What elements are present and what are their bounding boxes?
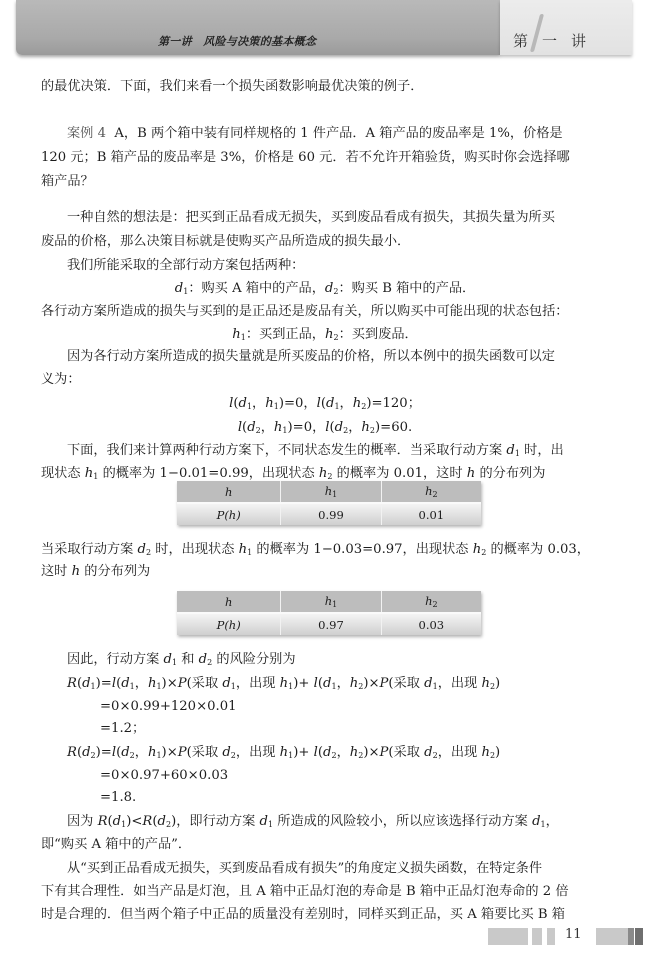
footer-decor-bar: [628, 928, 634, 945]
table-row: P(h) 0.97 0.03: [177, 613, 481, 635]
text: 的分布列为: [84, 564, 150, 579]
state-h1: ：买到正品，: [246, 327, 325, 342]
page-number: 11: [565, 927, 582, 942]
text: 所造成的风险较小，所以应该选择行动方案: [277, 814, 528, 829]
distribution-table-1: h h1 h2 P(h) 0.99 0.01: [177, 481, 481, 525]
table-header-cell: h1: [281, 591, 381, 613]
text: 当采取行动方案: [41, 542, 133, 557]
states-line: h1：买到正品，h2：买到废品．: [0, 325, 650, 348]
table-cell: 0.99: [281, 503, 381, 525]
footer-decor-bar: [547, 928, 555, 945]
footer-decor-bar: [488, 928, 528, 945]
action-d2: ：购买 B 箱中的产品．: [338, 281, 475, 296]
text: 的概率为 1−0.03=0.97，出现状态: [256, 542, 468, 557]
distribution-table-2: h h1 h2 P(h) 0.97 0.03: [177, 591, 481, 635]
action-d1: ：购买 A 箱中的产品，: [188, 281, 325, 296]
table-cell-label: P(h): [177, 613, 281, 635]
paragraph-1-line-1: 一种自然的想法是：把买到正品看成无损失，买到废品看成有损失，其损失量为所买: [67, 208, 637, 228]
table-header-row: h h1 h2: [177, 481, 481, 503]
table-header-cell: h: [177, 481, 281, 503]
text: 现状态: [41, 466, 81, 481]
table-cell: 0.01: [381, 503, 481, 525]
actions-line: d1：购买 A 箱中的产品，d2：购买 B 箱中的产品．: [0, 279, 650, 302]
paragraph-7: 因此，行动方案 d1 和 d2 的风险分别为: [67, 650, 637, 673]
text: 的概率为 0.01，这时: [337, 466, 463, 481]
paragraph-5-line-1: 下面，我们来计算两种行动方案下，不同状态发生的概率．当采取行动方案 d1 时，出: [67, 441, 637, 464]
footer-decor-bar: [635, 928, 643, 945]
text: 因此，行动方案: [67, 652, 159, 667]
text: 的风险分别为: [216, 652, 295, 667]
paragraph-4-line-2: 义为：: [41, 370, 611, 390]
loss-eq-1: l(d1，h1)=0，l(d1，h2)=120；: [0, 394, 650, 417]
paragraph-6-line-2: 这时 h 的分布列为: [41, 562, 611, 582]
table-header-row: h h1 h2: [177, 591, 481, 613]
risk-2-step-2: =0×0.97+60×0.03: [100, 766, 650, 786]
risk-2-formula: R(d2)=l(d2，h1)×P(采取 d2，出现 h1)+ l(d2，h2)×…: [67, 743, 637, 766]
loss-eq-2: l(d2，h1)=0，l(d2，h2)=60.: [0, 418, 650, 441]
table-header-cell: h: [177, 591, 281, 613]
chapter-tab-label: 第一讲: [513, 30, 600, 51]
paragraph-8-line-2: 下有其合理性．如当产品是灯泡，且 A 箱中正品灯泡的寿命是 B 箱中正品灯泡寿命…: [41, 882, 611, 902]
paragraph-8-line-3: 时是合理的．但当两个箱子中正品的质量没有差别时，同样买到正品，买 A 箱要比买 …: [41, 905, 611, 925]
paragraph-1-line-2: 废品的价格，那么决策目标就是使购买产品所造成的损失最小．: [41, 232, 611, 252]
case-text: A，B 两个箱中装有同样规格的 1 件产品．A 箱产品的废品率是 1%，价格是: [114, 126, 562, 141]
table-cell-label: P(h): [177, 503, 281, 525]
footer-decor-bar: [596, 928, 628, 945]
loss-value: 0: [295, 396, 303, 411]
table-row: P(h) 0.99 0.01: [177, 503, 481, 525]
text: ，即行动方案: [176, 814, 255, 829]
risk-1-step-3: =1.2；: [100, 719, 650, 739]
case-line-2: 120 元；B 箱产品的废品率是 3%，价格是 60 元．若不允许开箱验货，购买…: [41, 148, 611, 168]
paragraph-2: 我们所能采取的全部行动方案包括两种：: [67, 256, 637, 276]
text: 的概率为 1−0.01=0.99，出现状态: [103, 466, 315, 481]
text: 下面，我们来计算两种行动方案下，不同状态发生的概率．当采取行动方案: [67, 443, 502, 458]
risk-1-formula: R(d1)=l(d1，h1)×P(采取 d1，出现 h1)+ l(d1，h2)×…: [67, 674, 637, 697]
row-label: P(h): [217, 618, 241, 632]
text: 这时: [41, 564, 67, 579]
text: 和: [181, 652, 194, 667]
risk-1-step-2: =0×0.99+120×0.01: [100, 697, 650, 717]
conclusion-line-2: 即“购买 A 箱中的产品”．: [41, 835, 611, 855]
risk-2-step-3: =1.8.: [100, 788, 650, 808]
table-header-cell: h1: [281, 481, 381, 503]
text: 时，出: [524, 443, 564, 458]
state-h2: ：买到废品．: [339, 327, 418, 342]
text: 时，出现状态: [155, 542, 234, 557]
footer-decor-bar: [532, 928, 542, 945]
paragraph-8-line-1: 从“买到正品看成无损失，买到废品看成有损失”的角度定义损失函数，在特定条件: [67, 859, 637, 879]
conclusion-line-1: 因为 R(d1)<R(d2)，即行动方案 d1 所造成的风险较小，所以应该选择行…: [67, 812, 637, 835]
paragraph-intro: 的最优决策．下面，我们来看一个损失函数影响最优决策的例子．: [41, 77, 611, 97]
table-cell: 0.03: [381, 613, 481, 635]
header-h: h: [225, 485, 232, 499]
table-cell: 0.97: [281, 613, 381, 635]
table-header-cell: h2: [381, 591, 481, 613]
paragraph-3: 各行动方案所造成的损失与买到的是正品还是废品有关，所以购买中可能出现的状态包括：: [41, 302, 611, 322]
header-h: h: [225, 595, 232, 609]
case-line-3: 箱产品？: [41, 172, 611, 192]
text: 的分布列为: [479, 466, 545, 481]
case-line-1: 案例 4 A，B 两个箱中装有同样规格的 1 件产品．A 箱产品的废品率是 1%…: [67, 124, 637, 144]
table-header-cell: h2: [381, 481, 481, 503]
paragraph-6-line-1: 当采取行动方案 d2 时，出现状态 h1 的概率为 1−0.03=0.97，出现…: [41, 540, 611, 563]
loss-value: 60: [391, 420, 408, 435]
row-label: P(h): [217, 508, 241, 522]
paragraph-4-line-1: 因为各行动方案所造成的损失量就是所买废品的价格，所以本例中的损失函数可以定: [67, 347, 637, 367]
loss-value: 0: [304, 420, 312, 435]
case-label: 案例 4: [67, 126, 106, 141]
chapter-title: 第一讲 风险与决策的基本概念: [158, 33, 316, 49]
loss-value: 120: [383, 396, 408, 411]
text: 的概率为 0.03，: [491, 542, 591, 557]
